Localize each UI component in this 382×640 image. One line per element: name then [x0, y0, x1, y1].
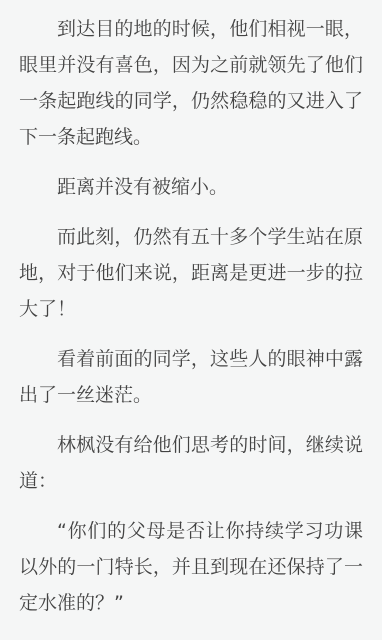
paragraph-1: 到达目的地的时候，他们相视一眼，眼里并没有喜色，因为之前就领先了他们一条起跑线的…: [19, 11, 363, 155]
paragraph-2: 距离并没有被缩小。: [19, 169, 363, 205]
paragraph-5: 林枫没有给他们思考的时间，继续说道：: [19, 427, 363, 499]
paragraph-3: 而此刻，仍然有五十多个学生站在原地，对于他们来说，距离是更进一步的拉大了！: [19, 219, 363, 327]
reader-page[interactable]: 到达目的地的时候，他们相视一眼，眼里并没有喜色，因为之前就领先了他们一条起跑线的…: [0, 0, 382, 640]
paragraph-4: 看着前面的同学，这些人的眼神中露出了一丝迷茫。: [19, 341, 363, 413]
paragraph-6: “你们的父母是否让你持续学习功课以外的一门特长，并且到现在还保持了一定水准的？”: [19, 513, 363, 621]
